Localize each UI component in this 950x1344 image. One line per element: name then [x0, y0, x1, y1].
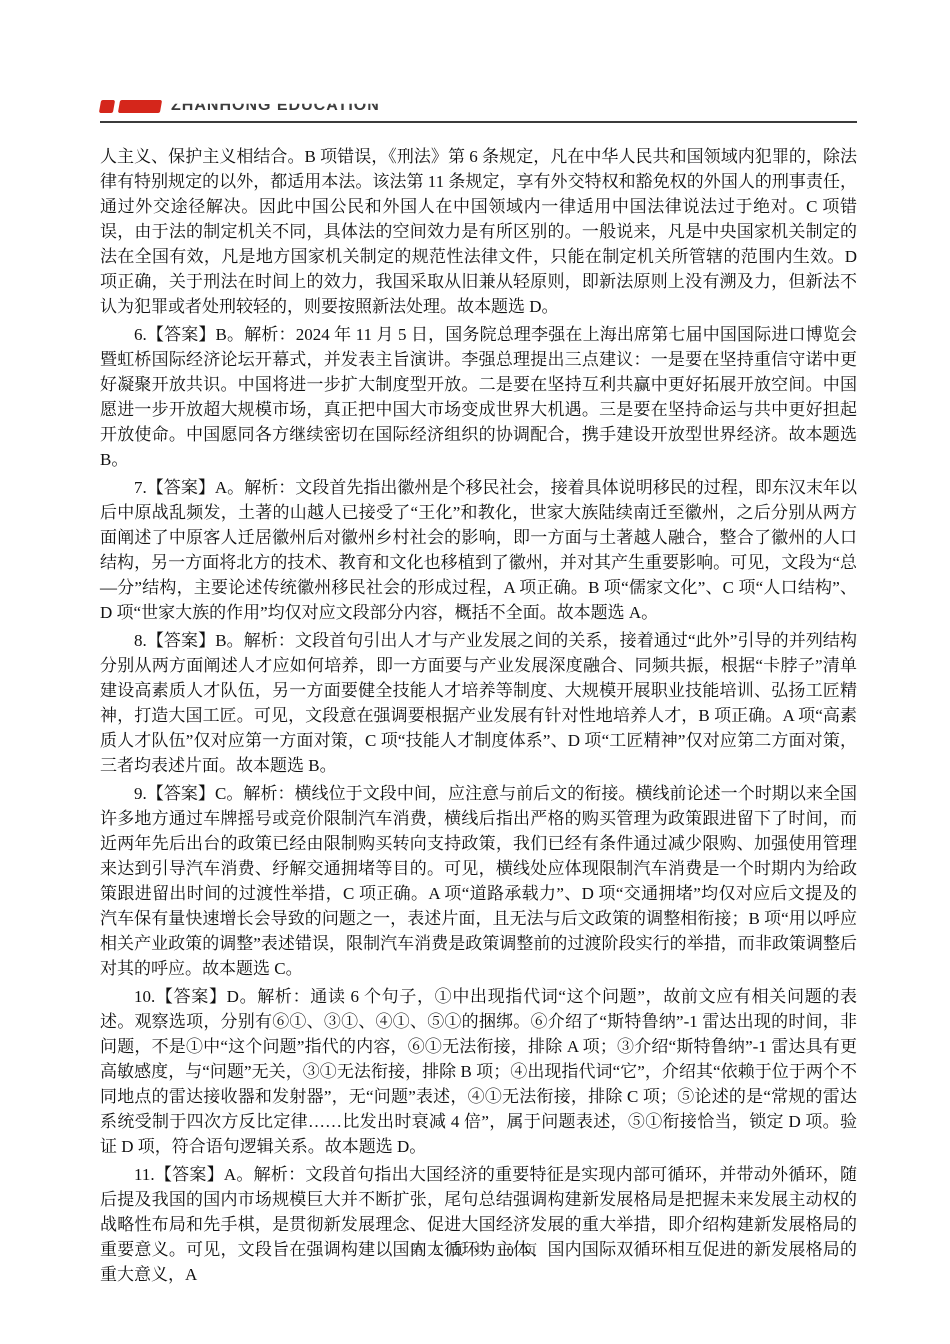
paragraph-answer-9: 9.【答案】C。解析：横线位于文段中间，应注意与前后文的衔接。横线前论述一个时期… — [100, 781, 857, 981]
paragraph-answer-11: 11.【答案】A。解析：文段首句指出大国经济的重要特征是实现内部可循环，并带动外… — [100, 1162, 857, 1287]
logo-red-mark-small — [99, 100, 115, 113]
logo-red-mark-large — [118, 100, 162, 113]
paragraph-answer-10: 10.【答案】D。解析：通读 6 个句子，①中出现指代词“这个问题”，故前文应有… — [100, 984, 857, 1159]
document-page: ZHANHONG EDUCATION 人主义、保护主义相结合。B 项错误，《刑法… — [0, 0, 950, 1344]
logo-wordmark: ZHANHONG EDUCATION — [171, 98, 380, 113]
header-divider — [100, 121, 857, 123]
paragraph-answer-8: 8.【答案】B。解析：文段首句引出人才与产业发展之间的关系，接着通过“此外”引导… — [100, 628, 857, 778]
answer-key-body: 人主义、保护主义相结合。B 项错误，《刑法》第 6 条规定，凡在中华人民共和国领… — [100, 144, 857, 1290]
paragraph-answer-7: 7.【答案】A。解析：文段首先指出徽州是个移民社会，接着具体说明移民的过程，即东… — [100, 475, 857, 625]
page-footer: 第 2 页 共 10 页 — [0, 1240, 950, 1260]
logo-red-marks-icon — [100, 100, 161, 113]
page-number-indicator: 第 2 页 共 10 页 — [410, 1244, 541, 1259]
paragraph-answer-6: 6.【答案】B。解析：2024 年 11 月 5 日，国务院总理李强在上海出席第… — [100, 322, 857, 472]
zhanhong-logo: ZHANHONG EDUCATION — [100, 96, 380, 113]
paragraph-answer-5-continuation: 人主义、保护主义相结合。B 项错误，《刑法》第 6 条规定，凡在中华人民共和国领… — [100, 144, 857, 319]
